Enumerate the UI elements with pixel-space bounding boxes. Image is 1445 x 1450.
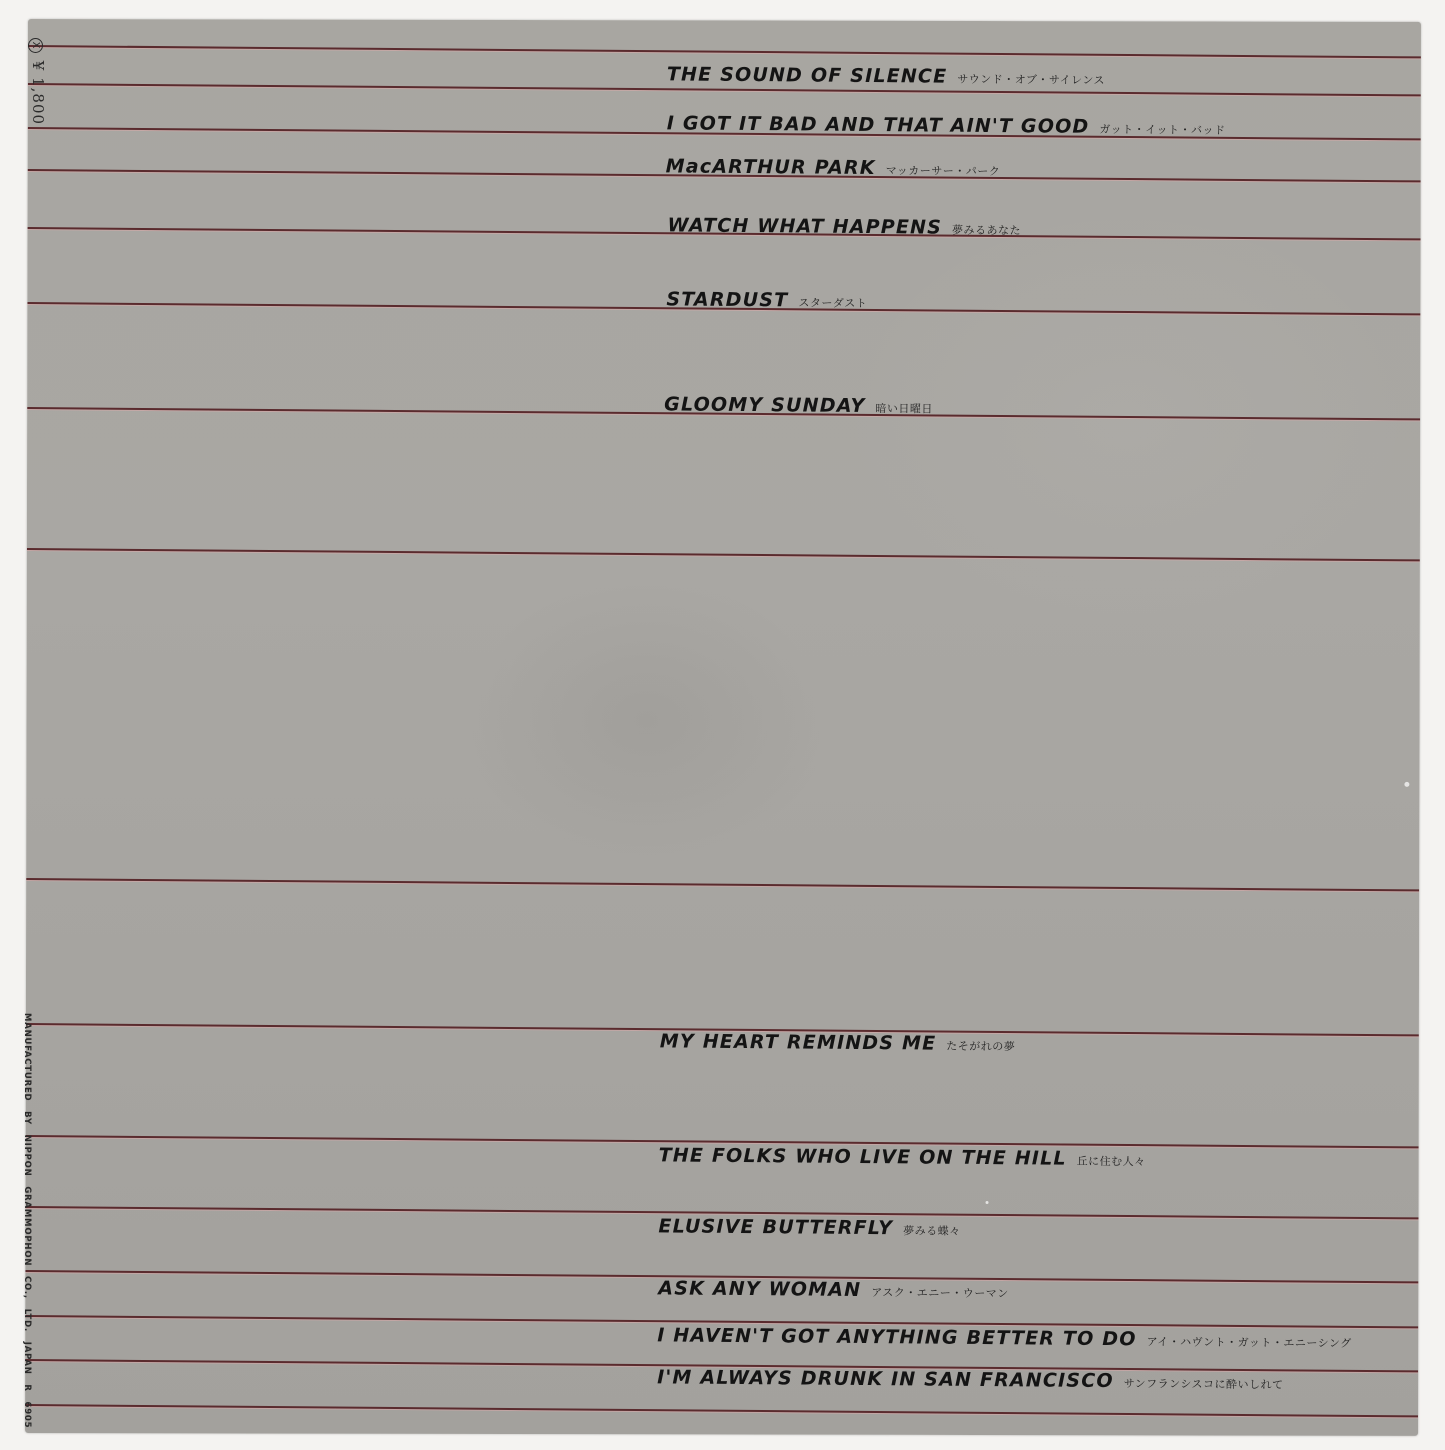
track-title: GLOOMY SUNDAY: [664, 393, 865, 417]
track-title-japanese: ガット・イット・バッド: [1099, 121, 1225, 138]
track-title: STARDUST: [666, 288, 788, 311]
track-list-item: I'M ALWAYS DRUNK IN SAN FRANCISCO サンフランシ…: [657, 1366, 1284, 1393]
track-list-item: GLOOMY SUNDAY 暗い日曜日: [664, 393, 933, 417]
track-title-japanese: 夢みるあなた: [952, 222, 1021, 239]
track-title: I'M ALWAYS DRUNK IN SAN FRANCISCO: [657, 1366, 1114, 1392]
price-value: ¥ 1,800: [29, 61, 47, 125]
track-title: MY HEART REMINDS ME: [660, 1030, 937, 1054]
track-title: WATCH WHAT HAPPENS: [667, 214, 942, 238]
track-list-item: MY HEART REMINDS ME たそがれの夢: [660, 1030, 1016, 1055]
track-title: THE SOUND OF SILENCE: [667, 63, 948, 87]
track-list-item: MacARTHUR PARK マッカーサー・パーク: [666, 155, 1001, 180]
track-title-japanese: アスク・エニー・ウーマン: [871, 1284, 1009, 1301]
wear-speck: [1404, 782, 1409, 787]
manufacturer-credit: MANUFACTURED BY NIPPON GRAMMOPHON CO., L…: [22, 1013, 32, 1428]
track-title-japanese: たそがれの夢: [946, 1038, 1015, 1055]
track-list-item: I GOT IT BAD AND THAT AIN'T GOOD ガット・イット…: [667, 112, 1226, 139]
track-title-japanese: サンフランシスコに酔いしれて: [1124, 1375, 1284, 1392]
track-list-item: WATCH WHAT HAPPENS 夢みるあなた: [667, 214, 1021, 239]
track-list-item: THE FOLKS WHO LIVE ON THE HILL 丘に住む人々: [659, 1144, 1146, 1170]
price-label: X ¥ 1,800: [28, 38, 47, 125]
price-mark-icon: X: [28, 38, 43, 53]
track-list-item: THE SOUND OF SILENCE サウンド・オブ・サイレンス: [667, 63, 1105, 89]
rule-line: [25, 1404, 1418, 1417]
rule-line: [26, 878, 1419, 891]
track-title: ASK ANY WOMAN: [658, 1277, 861, 1301]
track-title-japanese: 暗い日曜日: [875, 400, 933, 416]
track-title-japanese: 丘に住む人々: [1077, 1153, 1146, 1170]
track-title: ELUSIVE BUTTERFLY: [658, 1215, 893, 1239]
wear-speck: [986, 1201, 989, 1204]
track-title-japanese: マッカーサー・パーク: [886, 162, 1001, 179]
track-list-item: ASK ANY WOMAN アスク・エニー・ウーマン: [658, 1277, 1009, 1302]
track-list-item: STARDUST スターダスト: [666, 288, 867, 312]
record-sleeve-back: THE SOUND OF SILENCE サウンド・オブ・サイレンス I GOT…: [25, 19, 1421, 1436]
track-list-item: ELUSIVE BUTTERFLY 夢みる蝶々: [658, 1215, 960, 1239]
track-title: MacARTHUR PARK: [666, 155, 876, 179]
rule-line: [28, 45, 1421, 58]
track-title: I GOT IT BAD AND THAT AIN'T GOOD: [667, 112, 1090, 137]
track-title-japanese: スターダスト: [798, 294, 867, 311]
track-list-item: I HAVEN'T GOT ANYTHING BETTER TO DO アイ・ハ…: [657, 1324, 1352, 1352]
rule-line: [27, 548, 1420, 561]
track-title-japanese: アイ・ハヴント・ガット・エニーシング: [1147, 1333, 1352, 1351]
track-title-japanese: 夢みる蝶々: [903, 1222, 961, 1238]
track-title: I HAVEN'T GOT ANYTHING BETTER TO DO: [657, 1324, 1137, 1350]
track-title-japanese: サウンド・オブ・サイレンス: [957, 71, 1105, 88]
track-title: THE FOLKS WHO LIVE ON THE HILL: [659, 1144, 1067, 1169]
